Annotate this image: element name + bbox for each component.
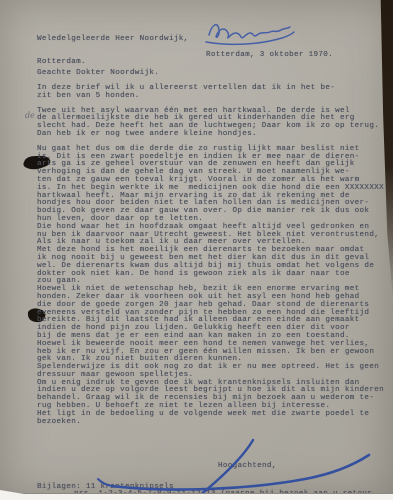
recipient-block: Weledelgeleerde Heer Noordwijk, Rotterda…	[37, 20, 189, 75]
date-line: Rotterdam, 3 oktober 1970.	[206, 52, 333, 60]
letter-line: zit ben van 5 honden.	[37, 93, 389, 101]
paragraph: In deze brief wil ik u allereerst vertel…	[37, 85, 389, 101]
recipient-name: Weledelgeleerde Heer Noordwijk,	[37, 36, 189, 44]
letter-line: bezoeken.	[37, 419, 389, 427]
letter-body: In deze brief wil ik u allereerst vertel…	[37, 85, 389, 426]
letter-line: Dan heb ik er nog twee andere kleine hon…	[37, 131, 389, 139]
paragraph: Nu gaat het dus om die derde die zo rust…	[37, 146, 389, 427]
scan-edge-strip	[0, 493, 393, 500]
scanned-letter-page: { "letter": { "recipient": { "line1": "W…	[0, 0, 393, 500]
closing-line: Hoogachtend,	[218, 463, 277, 471]
paragraph: Twee uit het asyl waarvan één met een ha…	[37, 108, 389, 139]
letter-line: Het ligt in de bedoeling u de volgende w…	[37, 411, 389, 419]
recipient-city: Rotterdam.	[37, 59, 189, 67]
pencil-margin-note: de	[25, 111, 35, 120]
letter-line: dokter ook niet kan. De hond is gewoon z…	[37, 271, 389, 279]
salutation: Geachte Dokter Noordwijk.	[37, 70, 159, 78]
